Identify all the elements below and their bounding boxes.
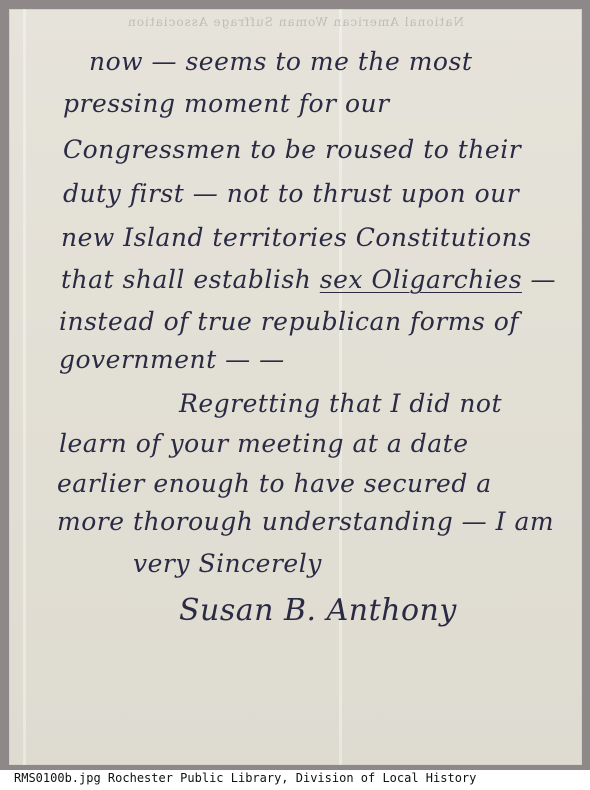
letter-line: pressing moment for our xyxy=(63,89,390,118)
dash: — xyxy=(522,265,556,294)
letter-line: government — — xyxy=(59,345,285,374)
letter-line: now — seems to me the most xyxy=(89,47,472,76)
letter-line: duty first — not to thrust upon our xyxy=(63,179,519,208)
signature: Susan B. Anthony xyxy=(179,593,457,628)
letter-line: new Island territories Constitutions xyxy=(61,223,532,252)
letter-line-with-underline: that shall establish sex Oligarchies — xyxy=(61,265,556,294)
letter-text: that shall establish xyxy=(61,265,311,294)
image-caption: RMS0100b.jpg Rochester Public Library, D… xyxy=(14,771,476,785)
scan-background: National American Woman Suffrage Associa… xyxy=(0,0,590,770)
letter-line: Regretting that I did not xyxy=(179,389,502,418)
closing: very Sincerely xyxy=(133,549,322,578)
letter-line: earlier enough to have secured a xyxy=(57,469,492,498)
letter-page: National American Woman Suffrage Associa… xyxy=(9,9,582,765)
handwritten-letter: now — seems to me the most pressing mome… xyxy=(9,9,582,765)
letter-line: Congressmen to be roused to their xyxy=(63,135,521,164)
underlined-phrase: sex Oligarchies xyxy=(320,265,522,294)
letter-line: instead of true republican forms of xyxy=(59,307,519,336)
letter-line: learn of your meeting at a date xyxy=(59,429,469,458)
letter-line: more thorough understanding — I am xyxy=(57,507,554,536)
